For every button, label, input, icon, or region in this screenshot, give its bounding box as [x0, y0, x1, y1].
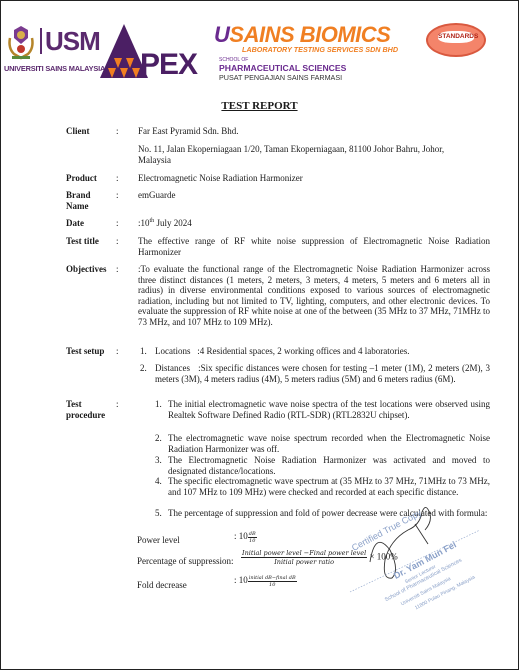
fold-decrease-label: Fold decrease — [137, 580, 187, 590]
procedure-item-4: The specific electromagnetic wave spectr… — [168, 476, 490, 497]
brand-value: emGuarde — [138, 190, 490, 201]
exponent-denominator: 10 — [248, 538, 257, 544]
procedure-item-5: The percentage of suppression and fold o… — [168, 508, 490, 519]
test-procedure-label: Test procedure — [66, 399, 110, 420]
procedure-item-1: The initial electromagnetic wave noise s… — [168, 399, 490, 420]
procedure-item-3: The Electromagnetic Noise Radiation Harm… — [168, 455, 490, 476]
colon: : — [116, 173, 119, 184]
power-level-label: Power level — [137, 535, 180, 545]
usains-u: U — [214, 22, 229, 47]
exponent-numerator: initial dB−final dB — [248, 575, 297, 582]
usm-crest-icon — [6, 24, 36, 60]
procedure-item-2: The electromagnetic wave noise spectrum … — [168, 433, 490, 454]
date-month-year: July 2024 — [154, 218, 192, 228]
colon: : — [116, 346, 119, 357]
objectives-value: :To evaluate the functional range of the… — [138, 264, 490, 327]
procedure-item-number: 3. — [155, 455, 162, 466]
colon: : — [116, 126, 119, 137]
exponent-numerator: dB — [248, 531, 257, 538]
fold-decrease-exponent: initial dB−final dB10 — [248, 575, 297, 588]
brand-label: Brand Name — [66, 190, 102, 211]
client-label: Client — [66, 126, 110, 137]
date-label: Date — [66, 218, 110, 229]
product-value: Electromagnetic Noise Radiation Harmoniz… — [138, 173, 490, 184]
standards-malaysia-logo: STANDARDS — [426, 23, 486, 57]
colon: : — [116, 236, 119, 247]
school-name-malay: PUSAT PENGAJIAN SAINS FARMASI — [219, 73, 342, 82]
product-label: Product — [66, 173, 110, 184]
usm-logo: USM UNIVERSITI SAINS MALAYSIA — [4, 22, 96, 78]
apex-logo: PEX — [100, 24, 204, 80]
fold-decrease-base: : 10 — [234, 575, 248, 585]
setup-item-locations: Locations :4 Residential spaces, 2 worki… — [155, 346, 490, 357]
client-address: No. 11, Jalan Ekoperniagaan 1/20, Taman … — [138, 144, 478, 165]
exponent-denominator: 10 — [248, 582, 297, 588]
procedure-item-number: 5. — [155, 508, 162, 519]
colon: : — [116, 399, 119, 410]
suppression-numerator: Initial power level −Final power level — [241, 549, 367, 558]
procedure-item-number: 1. — [155, 399, 162, 410]
usains-rest: SAINS BIOMICS — [229, 22, 390, 47]
report-title: TEST REPORT — [0, 100, 519, 112]
date-day: :10 — [138, 218, 150, 228]
objectives-label: Objectives — [66, 264, 110, 275]
setup-item-number: 2. — [140, 363, 147, 374]
fold-decrease-formula: : 10initial dB−final dB10 — [234, 575, 297, 588]
colon: : — [116, 264, 119, 275]
setup-item-distances: Distances :Six specific distances were c… — [155, 363, 490, 384]
usains-brand: USAINS BIOMICS — [214, 24, 390, 46]
date-value: :10th July 2024 — [138, 218, 490, 229]
colon: : — [116, 218, 119, 229]
setup-item-number: 1. — [140, 346, 147, 357]
suppression-formula: Initial power level −Final power levelIn… — [241, 549, 398, 566]
power-level-formula: : 10dB10 — [234, 531, 257, 544]
usains-biomics-logo: USAINS BIOMICS LABORATORY TESTING SERVIC… — [214, 24, 414, 84]
client-name: Far East Pyramid Sdn. Bhd. — [138, 126, 490, 137]
procedure-item-number: 2. — [155, 433, 162, 444]
usm-wordmark: USM — [40, 28, 100, 54]
standards-wordmark: STANDARDS — [438, 31, 474, 43]
suppression-denominator: Initial power ratio — [241, 558, 367, 566]
test-title-value: The effective range of RF white noise su… — [138, 236, 490, 257]
colon: : — [116, 190, 119, 201]
usm-subtitle: UNIVERSITI SAINS MALAYSIA — [4, 64, 105, 73]
power-level-exponent: dB10 — [248, 531, 257, 544]
suppression-multiplier: × 100% — [369, 552, 397, 562]
test-title-label: Test title — [66, 236, 110, 247]
suppression-fraction: Initial power level −Final power levelIn… — [241, 549, 367, 566]
procedure-item-number: 4. — [155, 476, 162, 487]
school-name: PHARMACEUTICAL SCIENCES — [219, 63, 346, 73]
suppression-label: Percentage of suppression: — [137, 556, 233, 566]
power-level-base: : 10 — [234, 531, 248, 541]
apex-wordmark: PEX — [140, 50, 197, 80]
usains-tagline: LABORATORY TESTING SERVICES SDN BHD — [242, 45, 398, 54]
